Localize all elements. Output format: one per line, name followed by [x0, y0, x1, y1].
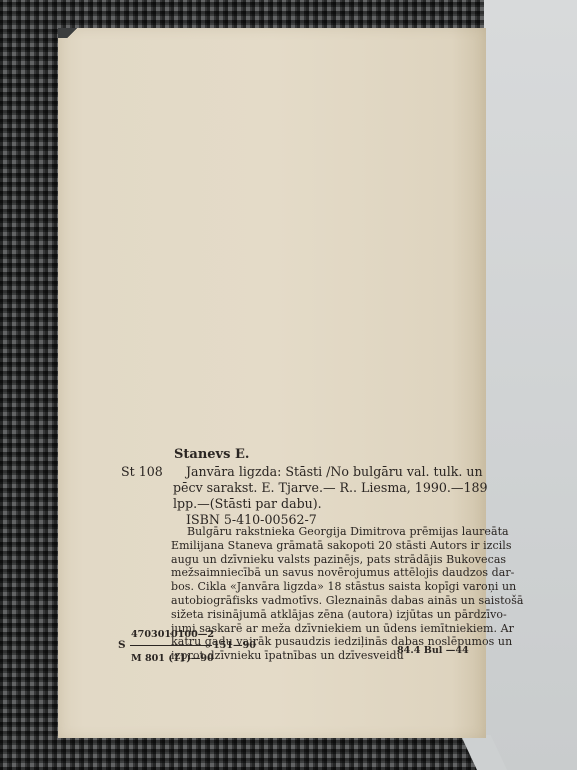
publication-code-numerator: 4703010100—2	[131, 627, 214, 642]
entry-line: Janvāra ligzda: Stāsti /No bulgāru val. …	[173, 464, 488, 480]
abstract-line: mežsaimniecībā un savus novērojumus attē…	[171, 566, 524, 580]
abstract-line: autobiogrāfisks vadmotīvs. Gleznainās da…	[171, 594, 524, 608]
bibliographic-entry: Janvāra ligzda: Stāsti /No bulgāru val. …	[173, 464, 488, 528]
publication-code-denominator: M 801 (11)—90	[131, 651, 214, 666]
abstract-line: sižeta risinājumā atklājas zēna (autora)…	[171, 608, 524, 622]
entry-line: lpp.—(Stāsti par dabu).	[173, 496, 488, 512]
author-name: Stanevs E.	[174, 447, 249, 462]
fraction-divider	[130, 645, 212, 646]
bbk-index: 84.4 Bul —44	[397, 643, 469, 658]
publication-code-letter: S	[118, 638, 126, 653]
abstract-line: bos. Cikla «Janvāra ligzda» 18 stāstus s…	[171, 580, 524, 594]
publication-code-suffix: 151—90	[213, 638, 256, 653]
abstract-line: jumi saskarē ar meža dzīvniekiem un ūden…	[171, 622, 524, 636]
abstract-line: Bulgāru rakstnieka Georgija Dimitrova pr…	[171, 525, 524, 539]
abstract-line: augu un dzīvnieku valsts pazinējs, pats …	[171, 553, 524, 567]
page-corner	[58, 28, 86, 38]
classification-code: St 108	[121, 464, 163, 479]
entry-line: pēcv sarakst. E. Tjarve.— R.. Liesma, 19…	[173, 480, 488, 496]
abstract-line: Emilijana Staneva grāmatā sakopoti 20 st…	[171, 539, 524, 553]
